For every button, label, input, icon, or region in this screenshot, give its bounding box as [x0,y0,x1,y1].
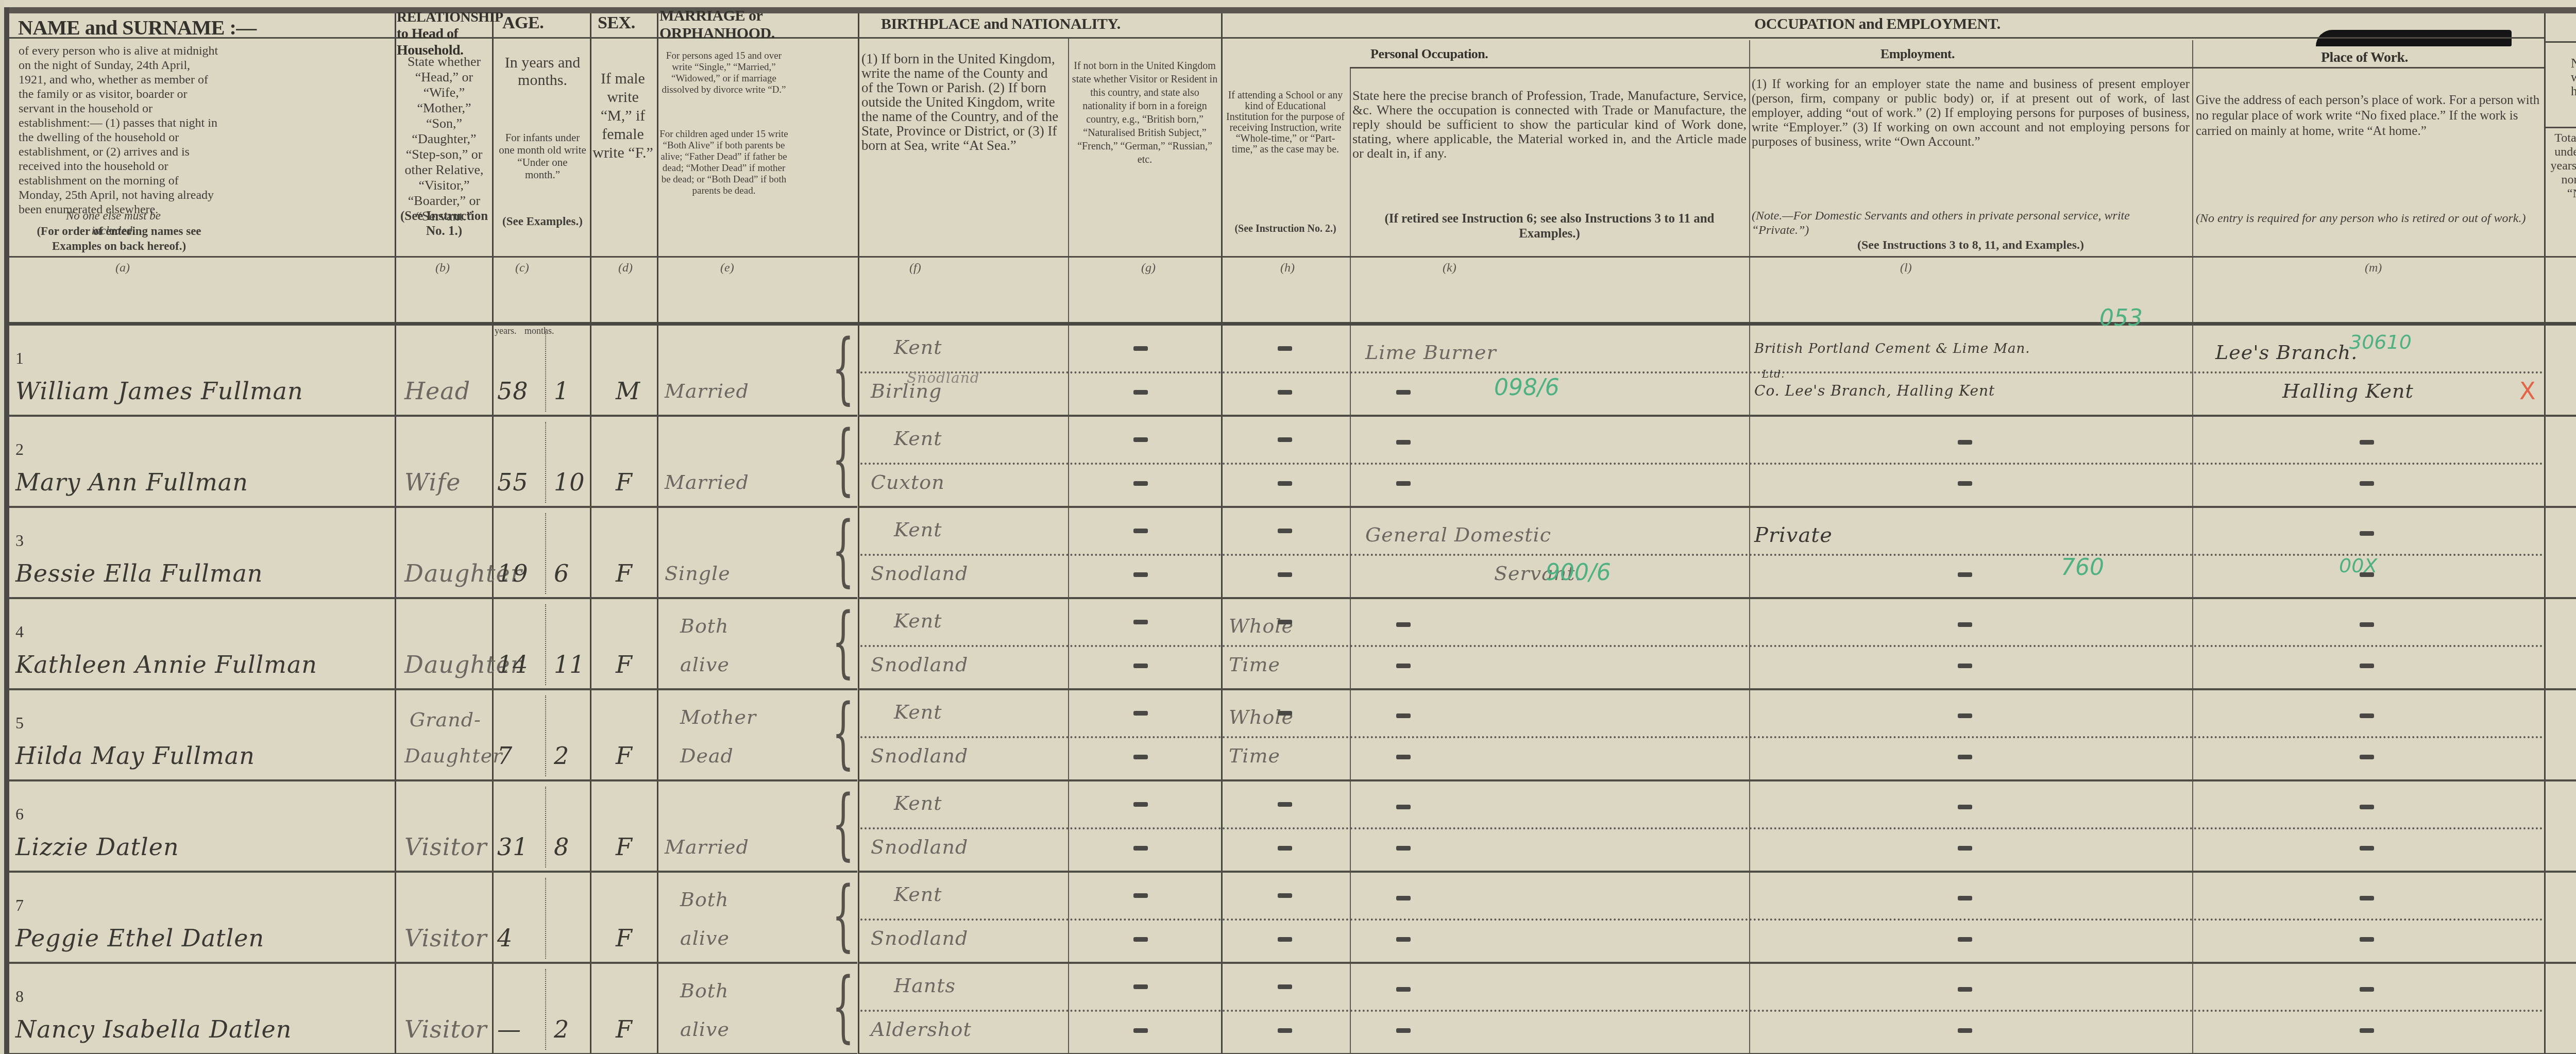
marriage-line1: Both [680,888,729,911]
brace-icon: { [832,512,854,589]
occupation-dash [1396,987,1411,992]
col-e-instruction2: For children aged under 15 write “Both A… [659,129,788,197]
col-n-instruction: Total number under sixteen years of age.… [2548,131,2576,201]
employment-line1: British Portland Cement & Lime Man. [1754,341,2030,356]
divider-l-m [2192,40,2193,1054]
row-midrule [860,827,2544,829]
col-a-note2: (For order of entering names see Example… [19,224,219,253]
divider-h-k [1350,67,1351,1054]
header-rule-occ [1221,37,2544,39]
col-l-title: Employment. [1880,46,1955,62]
row-midrule [860,645,2544,647]
occupation-code-annotation: 900/6 [1546,559,1611,586]
person-name: Mary Ann Fullman [15,468,248,496]
row-rule [7,597,857,599]
place-dash [2360,937,2374,942]
age-years: 4 [497,924,513,952]
marriage-status: Married [665,471,749,494]
nationality-dash [1133,711,1148,716]
birth-county: Hants [894,974,956,997]
place-dash [2360,440,2374,445]
header-rule-occ-sub [1350,67,2544,69]
employment-dash [1958,896,1972,900]
nationality-dash [1133,664,1148,668]
nationality-dash [1133,620,1148,624]
marriage-status: Married [665,380,749,402]
person-name: Lizzie Datlen [15,833,179,861]
age-divider [545,331,547,412]
age-years: 14 [497,651,529,678]
education-line1: Whole [1229,615,1294,637]
nationality-dash [1133,481,1148,486]
nationality-dash [1133,893,1148,898]
age-divider [545,878,547,959]
nationality-dash [1133,846,1148,851]
age-months: 11 [554,651,585,678]
employment-dash [1958,846,1972,851]
col-l-note2: (See Instructions 3 to 8, 11, and Exampl… [1752,238,2190,253]
place-dash [2360,1028,2374,1033]
occupation-dash [1396,937,1411,942]
age-months: 2 [554,1015,569,1043]
employment-dash [1958,755,1972,759]
occupation-dash [1396,896,1411,900]
divider-c-d [590,13,591,1054]
relationship-line1: Grand- [410,708,481,731]
employment-code-annotation: 053 [2099,305,2143,331]
birth-county: Kent [894,518,942,541]
birth-town: Snodland [871,927,968,949]
col-h-instruction: If attending a School or any kind of Edu… [1224,90,1347,155]
header-rule-married [2545,41,2576,43]
occupation-dash [1396,481,1411,486]
row-rule [858,688,2576,690]
col-c-letter: (c) [515,261,529,275]
col-k-title: Personal Occupation. [1370,46,1488,62]
education-line2: Time [1229,653,1280,676]
education-dash [1278,529,1292,533]
person-name: William James Fullman [15,377,303,405]
birth-county: Kent [894,701,942,723]
birthplace-group-title: BIRTHPLACE and NATIONALITY. [881,15,1121,33]
divider-g-h [1221,13,1223,1054]
row-rule [7,871,857,873]
brace-icon: { [832,603,854,681]
education-dash [1278,846,1292,851]
col-b-note: (See Instruction No. 1.) [398,209,490,239]
occupation-dash [1396,846,1411,851]
age-divider [545,604,547,685]
education-dash [1278,893,1292,898]
brace-icon: { [832,330,854,407]
occupation-dash [1396,755,1411,759]
birth-county: Kent [894,609,942,632]
row-rule [7,779,857,781]
place-dash [2360,755,2374,759]
age-divider [545,513,547,594]
nationality-dash [1133,802,1148,807]
birth-county: Kent [894,427,942,450]
col-e-letter: (e) [720,261,734,275]
col-b-letter: (b) [435,261,450,275]
marriage-line2: alive [680,927,730,949]
header-rule-married-sub [2545,127,2576,128]
birth-town: Cuxton [871,471,945,494]
nationality-dash [1133,984,1148,989]
divider-f-g [1068,37,1069,1054]
education-line1: Whole [1229,706,1294,728]
divider-a-b [395,13,396,1054]
relationship: Wife [404,468,461,496]
row-rule [858,779,2576,781]
marriage-line2: alive [680,1018,730,1041]
row-number: 5 [15,713,24,733]
row-number: 4 [15,622,24,641]
occupation-dash [1396,664,1411,668]
brace-icon: { [832,786,854,863]
occupation-dash [1396,1028,1411,1033]
sex: F [616,742,633,770]
nationality-dash [1133,755,1148,759]
age-months: 1 [554,377,569,405]
employment-line2: Co. Lee's Branch, Halling Kent [1754,382,1995,399]
place-dash [2360,531,2374,536]
row-midrule [860,554,2544,556]
divider-b-c [492,13,494,1054]
employment-dash [1958,664,1972,668]
person-name: Hilda May Fullman [15,742,255,770]
education-dash [1278,711,1292,716]
marriage-line2: Dead [680,744,734,767]
age-months: 8 [554,833,569,861]
place-dash [2360,664,2374,668]
occupation-dash [1396,805,1411,809]
row-midrule [860,1010,2544,1012]
sex: F [616,924,633,952]
row-midrule [860,919,2544,921]
marriage-line2: alive [680,653,730,676]
col-h-note: (See Instruction No. 2.) [1224,222,1347,236]
birth-town: Snodland [871,836,968,858]
education-dash [1278,984,1292,989]
col-c-note: (See Examples.) [499,214,586,229]
header-rule-letters [7,256,2576,258]
birth-county: Kent [894,792,942,814]
relationship: Head [404,377,470,405]
age-divider [545,969,547,1050]
red-x-annotation: X [2519,377,2536,405]
col-k-note: (If retired see Instruction 6; see also … [1352,211,1747,241]
divider-k-l [1749,40,1750,1054]
row-rule [858,597,2576,599]
employment-dash [1958,805,1972,809]
col-m-letter: (m) [2365,261,2382,275]
row-midrule [860,736,2544,738]
row-rule [858,415,2576,417]
row-number: 6 [15,805,24,824]
brace-icon: { [832,968,854,1045]
nationality-dash [1133,572,1148,577]
col-c-instruction2: For infants under one month old write “U… [499,131,586,181]
relationship: Visitor [404,833,487,861]
employment-dash [1958,713,1972,718]
divider-e-f [858,13,859,1054]
relationship: Visitor [404,1015,487,1043]
age-divider [545,695,547,776]
col-k-instruction: State here the precise branch of Profess… [1352,89,1747,161]
employment-dash [1958,622,1972,627]
person-name: Nancy Isabella Datlen [15,1015,292,1043]
employment-dash [1958,572,1972,577]
birth-town: Aldershot [871,1018,972,1041]
age-months: 10 [554,468,585,496]
col-f-instruction: (1) If born in the United Kingdom, write… [861,52,1062,152]
col-m-title: Place of Work. [2321,49,2408,66]
row-midrule [860,463,2544,465]
divider-m-n [2544,13,2546,1054]
birth-town: Snodland [871,744,968,767]
occupation-line1: General Domestic [1365,523,1551,546]
education-dash [1278,620,1292,624]
col-c-instruction: In years and months. [499,54,586,89]
brace-icon: { [832,421,854,498]
employment-dash [1958,987,1972,992]
employment-code-annotation: 760 [2061,554,2104,581]
col-g-letter: (g) [1141,261,1156,275]
age-months: 2 [554,742,569,770]
nationality-dash [1133,346,1148,351]
marriage-line1: Mother [680,706,756,728]
relationship: Visitor [404,924,487,952]
col-e-instruction: For persons aged 15 and over write “Sing… [659,50,788,96]
birth-county: Kent [894,336,942,359]
place-line2: Halling Kent [2282,380,2414,402]
education-dash [1278,481,1292,486]
occupation-dash [1396,390,1411,395]
col-o-title: Number and ages of all living children a… [2571,57,2576,98]
age-years: — [497,1015,521,1043]
place-dash [2360,805,2374,809]
col-l-note: (Note.—For Domestic Servants and others … [1752,209,2190,237]
married-group-title: Information required only in respect of … [2550,11,2576,26]
col-l-letter: (l) [1900,261,1912,275]
sex: F [616,651,633,678]
place-dash [2360,622,2374,627]
col-d-instruction: If male write “M,” if female write “F.” [592,70,653,162]
row-number: 1 [15,349,24,368]
education-dash [1278,346,1292,351]
col-c-title: AGE. [502,13,544,33]
col-a-title: NAME and SURNAME :— [18,15,257,40]
nationality-dash [1133,1028,1148,1033]
marriage-line1: Both [680,979,729,1002]
education-dash [1278,572,1292,577]
col-b-instruction: State whether “Head,” or “Wife,” “Mother… [398,54,490,224]
place-dash [2360,846,2374,851]
row-rule [858,962,2576,964]
age-years-label: years. [495,326,516,336]
education-dash [1278,390,1292,395]
age-years: 31 [497,833,529,861]
relationship-line2: Daughter [404,744,502,767]
place-dash [2360,896,2374,900]
education-dash [1278,937,1292,942]
place-code-annotation: 30610 [2349,331,2412,353]
marriage-status: Married [665,836,749,858]
age-months-label: months. [524,326,554,336]
col-l-instruction: (1) If working for an employer state the… [1752,77,2190,149]
employment-dash [1958,937,1972,942]
divider-d-e [657,13,658,1054]
col-e-title: MARRIAGE or ORPHANHOOD. [659,7,793,42]
row-rule [7,415,857,417]
col-g-instruction: If not born in the United Kingdom state … [1071,59,1219,166]
age-divider [545,422,547,503]
col-b-title: RELATIONSHIP to Head of Household. [397,9,492,59]
row-midrule [860,371,2544,373]
brace-icon: { [832,877,854,954]
left-border [4,7,9,1054]
sex: F [616,833,633,861]
employment-line1: Private [1754,523,1833,547]
education-dash [1278,802,1292,807]
occupation-group-title: OCCUPATION and EMPLOYMENT. [1754,15,2001,33]
employment-note: Ltd. [1762,368,1785,380]
occupation-line1: Lime Burner [1365,341,1497,364]
sex: F [616,468,633,496]
person-name: Bessie Ella Fullman [15,559,263,587]
marriage-status: Single [665,562,731,585]
place-dash [2360,481,2374,486]
row-number: 7 [15,896,24,915]
sex: M [616,377,640,405]
brace-icon: { [832,694,854,772]
col-f-letter: (f) [909,261,921,275]
occupation-dash [1396,622,1411,627]
employment-dash [1958,1028,1972,1033]
age-years: 19 [497,559,529,587]
marriage-line1: Both [680,615,729,637]
person-name: Peggie Ethel Datlen [15,924,264,952]
age-months: 6 [554,559,569,587]
age-years: 58 [497,377,529,405]
row-rule [7,962,857,964]
col-m-instruction: Give the address of each person’s place … [2196,93,2541,139]
row-rule [858,871,2576,873]
nationality-dash [1133,937,1148,942]
row-number: 3 [15,531,24,550]
col-d-title: SEX. [598,13,635,33]
nationality-dash [1133,437,1148,442]
occupation-code-annotation: 098/6 [1494,375,1560,401]
row-number: 8 [15,987,24,1006]
birth-town: Snodland [871,562,968,585]
row-rule [858,506,2576,508]
col-d-letter: (d) [618,261,633,275]
place-dash [2360,713,2374,718]
col-m-note: (No entry is required for any person who… [2196,211,2541,226]
age-years: 55 [497,468,529,496]
row-rule [7,506,857,508]
sex: F [616,559,633,587]
row-number: 2 [15,440,24,459]
education-dash [1278,437,1292,442]
row-rule [7,688,857,690]
place-code-annotation: 00X [2339,554,2377,577]
person-name: Kathleen Annie Fullman [15,651,317,678]
sex: F [616,1015,633,1043]
col-h-letter: (h) [1280,261,1295,275]
employment-dash [1958,481,1972,486]
age-divider [545,787,547,868]
nationality-dash [1133,390,1148,395]
employment-dash [1958,440,1972,445]
education-dash [1278,1028,1292,1033]
col-a-letter: (a) [115,261,130,275]
col-k-letter: (k) [1443,261,1456,275]
place-dash [2360,987,2374,992]
occupation-dash [1396,713,1411,718]
birth-town: Snodland [871,653,968,676]
top-border [6,7,2576,13]
birth-county: Kent [894,883,942,906]
age-years: 7 [497,742,513,770]
col-a-instruction: of every person who is alive at midnight… [19,44,219,217]
education-line2: Time [1229,744,1280,767]
occupation-dash [1396,440,1411,445]
birth-town-correction: Snodland [907,369,980,386]
nationality-dash [1133,529,1148,533]
place-line1: Lee's Branch. [2215,341,2358,364]
header-rule-bottom [7,322,2576,326]
